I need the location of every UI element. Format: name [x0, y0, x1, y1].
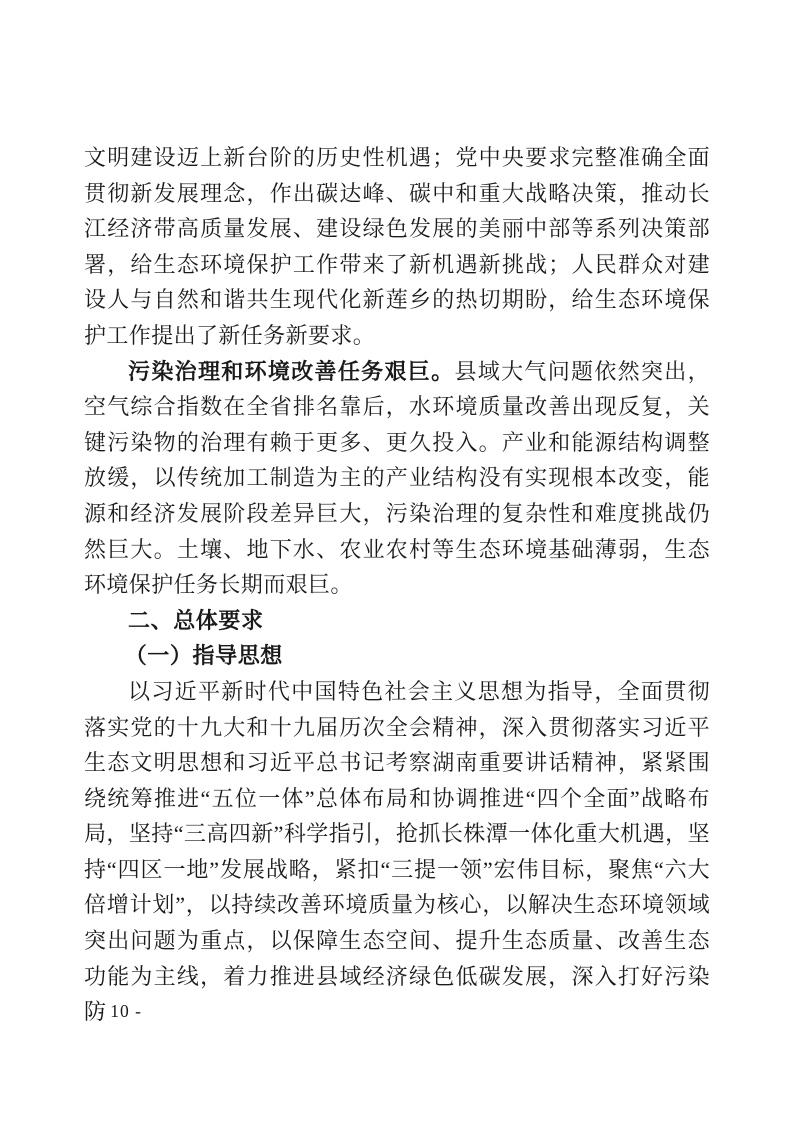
paragraph-bold-lead: 污染治理和环境改善任务艰巨。: [128, 359, 454, 384]
paragraph-pollution-tasks: 污染治理和环境改善任务艰巨。县域大气问题依然突出，空气综合指数在全省排名靠后，水…: [84, 354, 710, 603]
paragraph-guiding-ideology: 以习近平新时代中国特色社会主义思想为指导，全面贯彻落实党的十九大和十九届历次全会…: [84, 674, 710, 1030]
document-content: 文明建设迈上新台阶的历史性机遇；党中央要求完整准确全面贯彻新发展理念，作出碳达峰…: [84, 140, 710, 1030]
section-heading-overall-requirements: 二、总体要求: [84, 603, 710, 639]
subsection-heading-guiding-ideology: （一）指导思想: [84, 638, 710, 674]
paragraph-continuation: 文明建设迈上新台阶的历史性机遇；党中央要求完整准确全面贯彻新发展理念，作出碳达峰…: [84, 140, 710, 354]
page-number: - 10 -: [98, 1001, 142, 1022]
paragraph-pollution-body: 县域大气问题依然突出，空气综合指数在全省排名靠后，水环境质量改善出现反复，关键污…: [84, 359, 710, 598]
document-page: 文明建设迈上新台阶的历史性机遇；党中央要求完整准确全面贯彻新发展理念，作出碳达峰…: [0, 0, 793, 1122]
